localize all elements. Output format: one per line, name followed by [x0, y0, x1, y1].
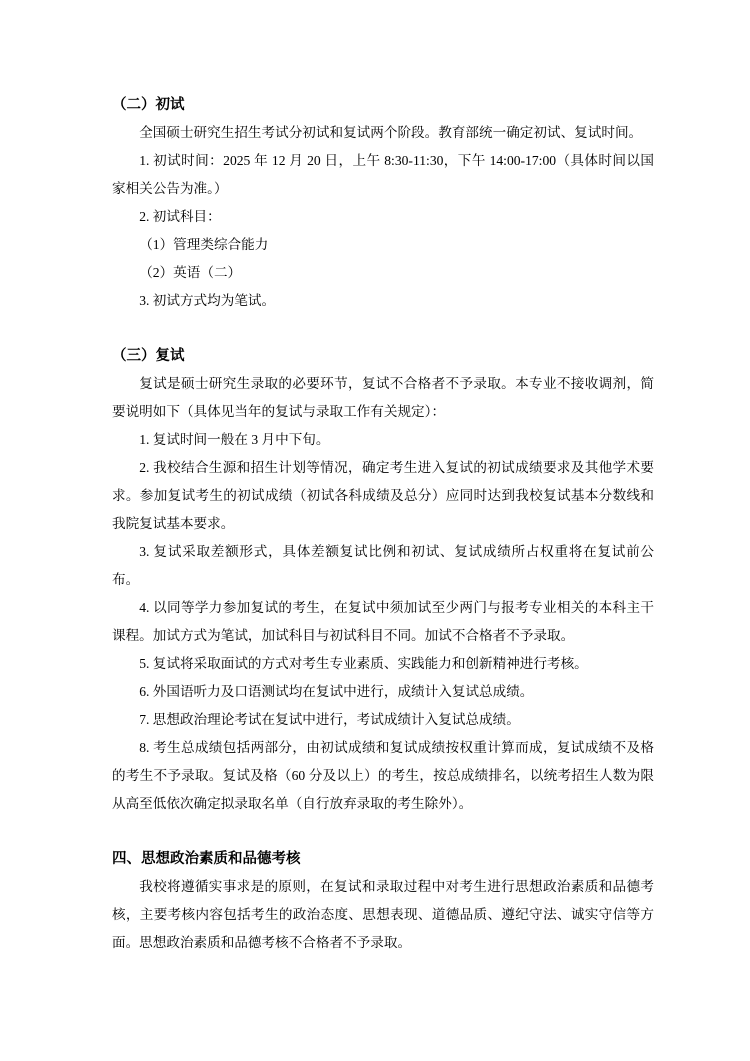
list-item: （2）英语（二）	[112, 259, 654, 287]
paragraph: 5. 复试将采取面试的方式对考生专业素质、实践能力和创新精神进行考核。	[112, 650, 654, 678]
paragraph: 复试是硕士研究生录取的必要环节，复试不合格者不予录取。本专业不接收调剂，简要说明…	[112, 370, 654, 426]
section-heading: （三）复试	[112, 342, 654, 370]
section-second-round-exam: （三）复试 复试是硕士研究生录取的必要环节，复试不合格者不予录取。本专业不接收调…	[112, 342, 654, 818]
section-heading: 四、思想政治素质和品德考核	[112, 845, 654, 873]
paragraph: 4. 以同等学力参加复试的考生，在复试中须加试至少两门与报考专业相关的本科主干课…	[112, 594, 654, 650]
list-item: （1）管理类综合能力	[112, 231, 654, 259]
paragraph: 6. 外国语听力及口语测试均在复试中进行，成绩计入复试总成绩。	[112, 678, 654, 706]
section-heading: （二）初试	[112, 91, 654, 119]
paragraph: 2. 我校结合生源和招生计划等情况，确定考生进入复试的初试成绩要求及其他学术要求…	[112, 454, 654, 538]
section-preliminary-exam: （二）初试 全国硕士研究生招生考试分初试和复试两个阶段。教育部统一确定初试、复试…	[112, 91, 654, 315]
paragraph: 1. 初试时间：2025 年 12 月 20 日，上午 8:30-11:30，下…	[112, 147, 654, 203]
paragraph: 3. 初试方式均为笔试。	[112, 287, 654, 315]
paragraph: 2. 初试科目：	[112, 203, 654, 231]
paragraph: 全国硕士研究生招生考试分初试和复试两个阶段。教育部统一确定初试、复试时间。	[112, 119, 654, 147]
paragraph: 3. 复试采取差额形式，具体差额复试比例和初试、复试成绩所占权重将在复试前公布。	[112, 538, 654, 594]
paragraph: 1. 复试时间一般在 3 月中下旬。	[112, 426, 654, 454]
document-page: （二）初试 全国硕士研究生招生考试分初试和复试两个阶段。教育部统一确定初试、复试…	[0, 0, 750, 1061]
section-political-and-moral-assessment: 四、思想政治素质和品德考核 我校将遵循实事求是的原则，在复试和录取过程中对考生进…	[112, 845, 654, 957]
paragraph: 我校将遵循实事求是的原则，在复试和录取过程中对考生进行思想政治素质和品德考核，主…	[112, 873, 654, 957]
paragraph: 7. 思想政治理论考试在复试中进行，考试成绩计入复试总成绩。	[112, 706, 654, 734]
paragraph: 8. 考生总成绩包括两部分，由初试成绩和复试成绩按权重计算而成，复试成绩不及格的…	[112, 734, 654, 818]
